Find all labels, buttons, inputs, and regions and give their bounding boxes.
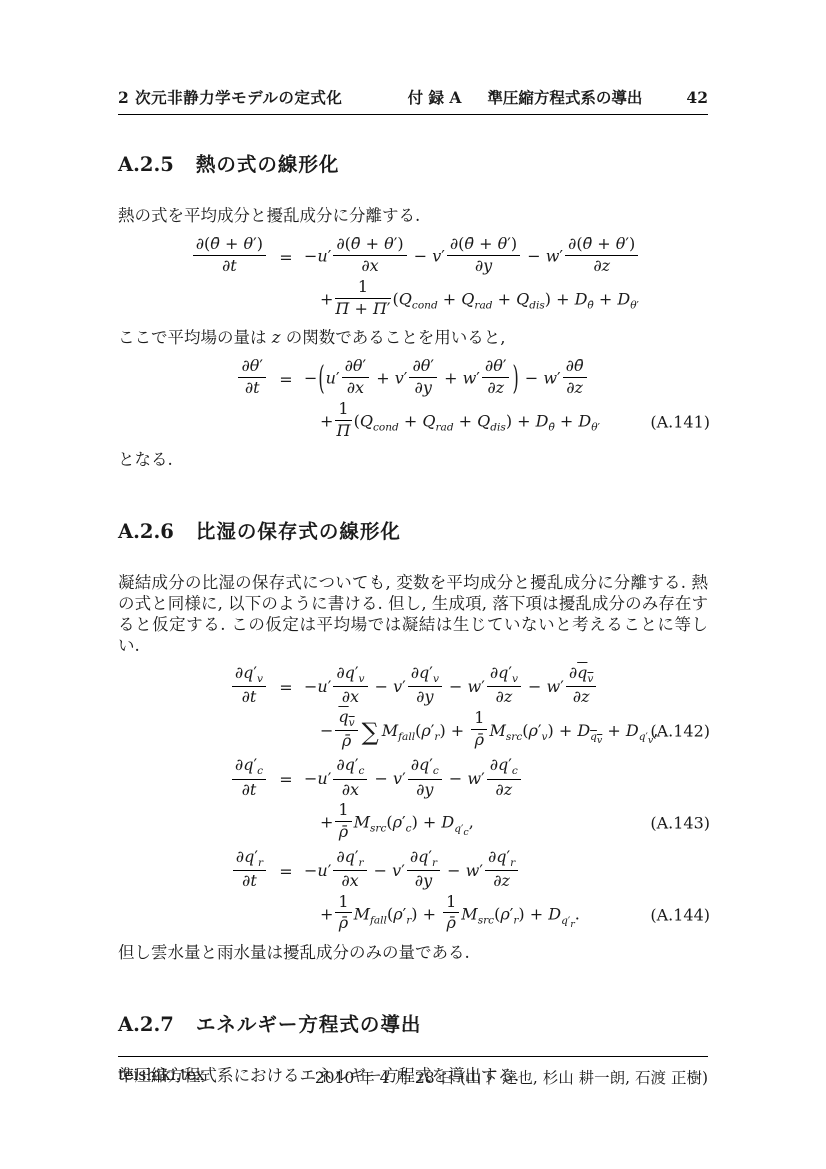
- section-heading-a27: A.2.7 エネルギー方程式の導出: [118, 1009, 708, 1037]
- equation-line: ∂q′c∂t=−u′∂q′c∂x − v′∂q′c∂y − w′∂q′c∂z: [118, 758, 708, 801]
- equation-rhs: −u′∂q′v∂x − v′∂q′v∂y − w′∂q′v∂z − w′∂qv∂…: [304, 666, 708, 709]
- equation-rhs: −u′∂q′r∂x − v′∂q′r∂y − w′∂q′r∂z: [304, 850, 708, 893]
- page-content: 2 次元非静力学モデルの定式化 付 録 A 準圧縮方程式系の導出 42 A.2.…: [118, 0, 708, 1086]
- section-title: エネルギー方程式の導出: [196, 1009, 422, 1037]
- equation-line: +1ρ̄Mfall(ρ′r) + 1ρ̄Msrc(ρ′r) + Dq′r.(A.…: [118, 894, 708, 936]
- equation-rhs: +1Π̄ + Π′(Qcond + Qrad + Qdis) + Dθ̄ + D…: [304, 280, 708, 320]
- header-section-title: 2 次元非静力学モデルの定式化: [118, 86, 342, 108]
- equation-block-a142: ∂q′v∂t=−u′∂q′v∂x − v′∂q′v∂y − w′∂q′v∂z −…: [118, 666, 708, 752]
- equation-line: ∂q′v∂t=−u′∂q′v∂x − v′∂q′v∂y − w′∂q′v∂z −…: [118, 666, 708, 709]
- equation-relation: =: [268, 370, 304, 389]
- section-title: 比湿の保存式の線形化: [196, 516, 401, 544]
- equation-number: (A.142): [650, 722, 710, 741]
- equation-line: ∂q′r∂t=−u′∂q′r∂x − v′∂q′r∂y − w′∂q′r∂z: [118, 850, 708, 893]
- equation-rhs: −qvρ̄∑Mfall(ρ′r) + 1ρ̄Msrc(ρ′v) + Dqv + …: [304, 710, 708, 753]
- equation-rhs: −(u′∂θ′∂x + v′∂θ′∂y + w′∂θ′∂z) − w′∂θ̄∂z: [304, 359, 708, 399]
- paragraph: 熱の式を平均成分と擾乱成分に分離する.: [118, 205, 708, 226]
- equation-lhs: ∂(θ̄ + θ′)∂t: [118, 237, 268, 277]
- equation-rhs: +1ρ̄Mfall(ρ′r) + 1ρ̄Msrc(ρ′r) + Dq′r.: [304, 895, 708, 935]
- equation-number: (A.143): [650, 814, 710, 833]
- paragraph: ここで平均場の量は z の関数であることを用いると,: [118, 327, 708, 348]
- equation-lhs: ∂q′c∂t: [118, 758, 268, 801]
- equation-lhs: ∂q′r∂t: [118, 850, 268, 893]
- section-number: A.2.6: [118, 520, 174, 543]
- document-page: 2 次元非静力学モデルの定式化 付 録 A 準圧縮方程式系の導出 42 A.2.…: [0, 0, 826, 1169]
- equation-number: (A.141): [650, 413, 710, 432]
- equation-lhs: ∂θ′∂t: [118, 359, 268, 399]
- equation-number: (A.144): [650, 905, 710, 924]
- section-heading-a26: A.2.6 比湿の保存式の線形化: [118, 516, 708, 544]
- equation-line: ∂θ′∂t=−(u′∂θ′∂x + v′∂θ′∂y + w′∂θ′∂z) − w…: [118, 358, 708, 400]
- paragraph: 但し雲水量と雨水量は擾乱成分のみの量である.: [118, 942, 708, 963]
- equation-relation: =: [268, 248, 304, 267]
- equation-rhs: +1Π̄(Qcond + Qrad + Qdis) + Dθ̄ + Dθ′: [304, 402, 708, 442]
- section-title: 熱の式の線形化: [196, 149, 340, 177]
- equation-lhs: ∂q′v∂t: [118, 666, 268, 709]
- running-header: 2 次元非静力学モデルの定式化 付 録 A 準圧縮方程式系の導出 42: [118, 86, 708, 115]
- footer-filename: teishiki.tex: [118, 1066, 205, 1088]
- equation-line: +1Π̄ + Π′(Qcond + Qrad + Qdis) + Dθ̄ + D…: [118, 279, 708, 321]
- equation-block-a144: ∂q′r∂t=−u′∂q′r∂x − v′∂q′r∂y − w′∂q′r∂z+1…: [118, 850, 708, 936]
- page-footer: teishiki.tex 2010 年 4 月 28 日 (山下 達也, 杉山 …: [118, 1056, 708, 1088]
- footer-date-authors: 2010 年 4 月 28 日 (山下 達也, 杉山 耕一朗, 石渡 正樹): [315, 1066, 708, 1088]
- equation-block-theta-full: ∂(θ̄ + θ′)∂t=−u′∂(θ̄ + θ′)∂x − v′∂(θ̄ + …: [118, 236, 708, 321]
- equation-relation: =: [268, 862, 304, 881]
- equation-block-a143: ∂q′c∂t=−u′∂q′c∂x − v′∂q′c∂y − w′∂q′c∂z+1…: [118, 758, 708, 844]
- equation-relation: =: [268, 770, 304, 789]
- equation-line: −qvρ̄∑Mfall(ρ′r) + 1ρ̄Msrc(ρ′v) + Dqv + …: [118, 710, 708, 753]
- equation-block-a141: ∂θ′∂t=−(u′∂θ′∂x + v′∂θ′∂y + w′∂θ′∂z) − w…: [118, 358, 708, 443]
- equation-line: +1Π̄(Qcond + Qrad + Qdis) + Dθ̄ + Dθ′(A.…: [118, 401, 708, 443]
- equation-relation: =: [268, 678, 304, 697]
- section-number: A.2.5: [118, 153, 174, 176]
- equation-rhs: −u′∂(θ̄ + θ′)∂x − v′∂(θ̄ + θ′)∂y − w′∂(θ…: [304, 237, 708, 277]
- header-appendix-label: 付 録 A: [408, 86, 462, 108]
- equation-line: ∂(θ̄ + θ′)∂t=−u′∂(θ̄ + θ′)∂x − v′∂(θ̄ + …: [118, 236, 708, 278]
- equation-rhs: +1ρ̄Msrc(ρ′c) + Dq′c,: [304, 803, 708, 843]
- equation-line: +1ρ̄Msrc(ρ′c) + Dq′c,(A.143): [118, 802, 708, 844]
- header-page-number: 42: [686, 88, 708, 107]
- header-appendix-title: 準圧縮方程式系の導出: [487, 86, 642, 108]
- section-heading-a25: A.2.5 熱の式の線形化: [118, 149, 708, 177]
- paragraph: となる.: [118, 449, 708, 470]
- section-number: A.2.7: [118, 1013, 174, 1036]
- equation-rhs: −u′∂q′c∂x − v′∂q′c∂y − w′∂q′c∂z: [304, 758, 708, 801]
- paragraph: 凝結成分の比湿の保存式についても, 変数を平均成分と擾乱成分に分離する. 熱の式…: [118, 572, 708, 656]
